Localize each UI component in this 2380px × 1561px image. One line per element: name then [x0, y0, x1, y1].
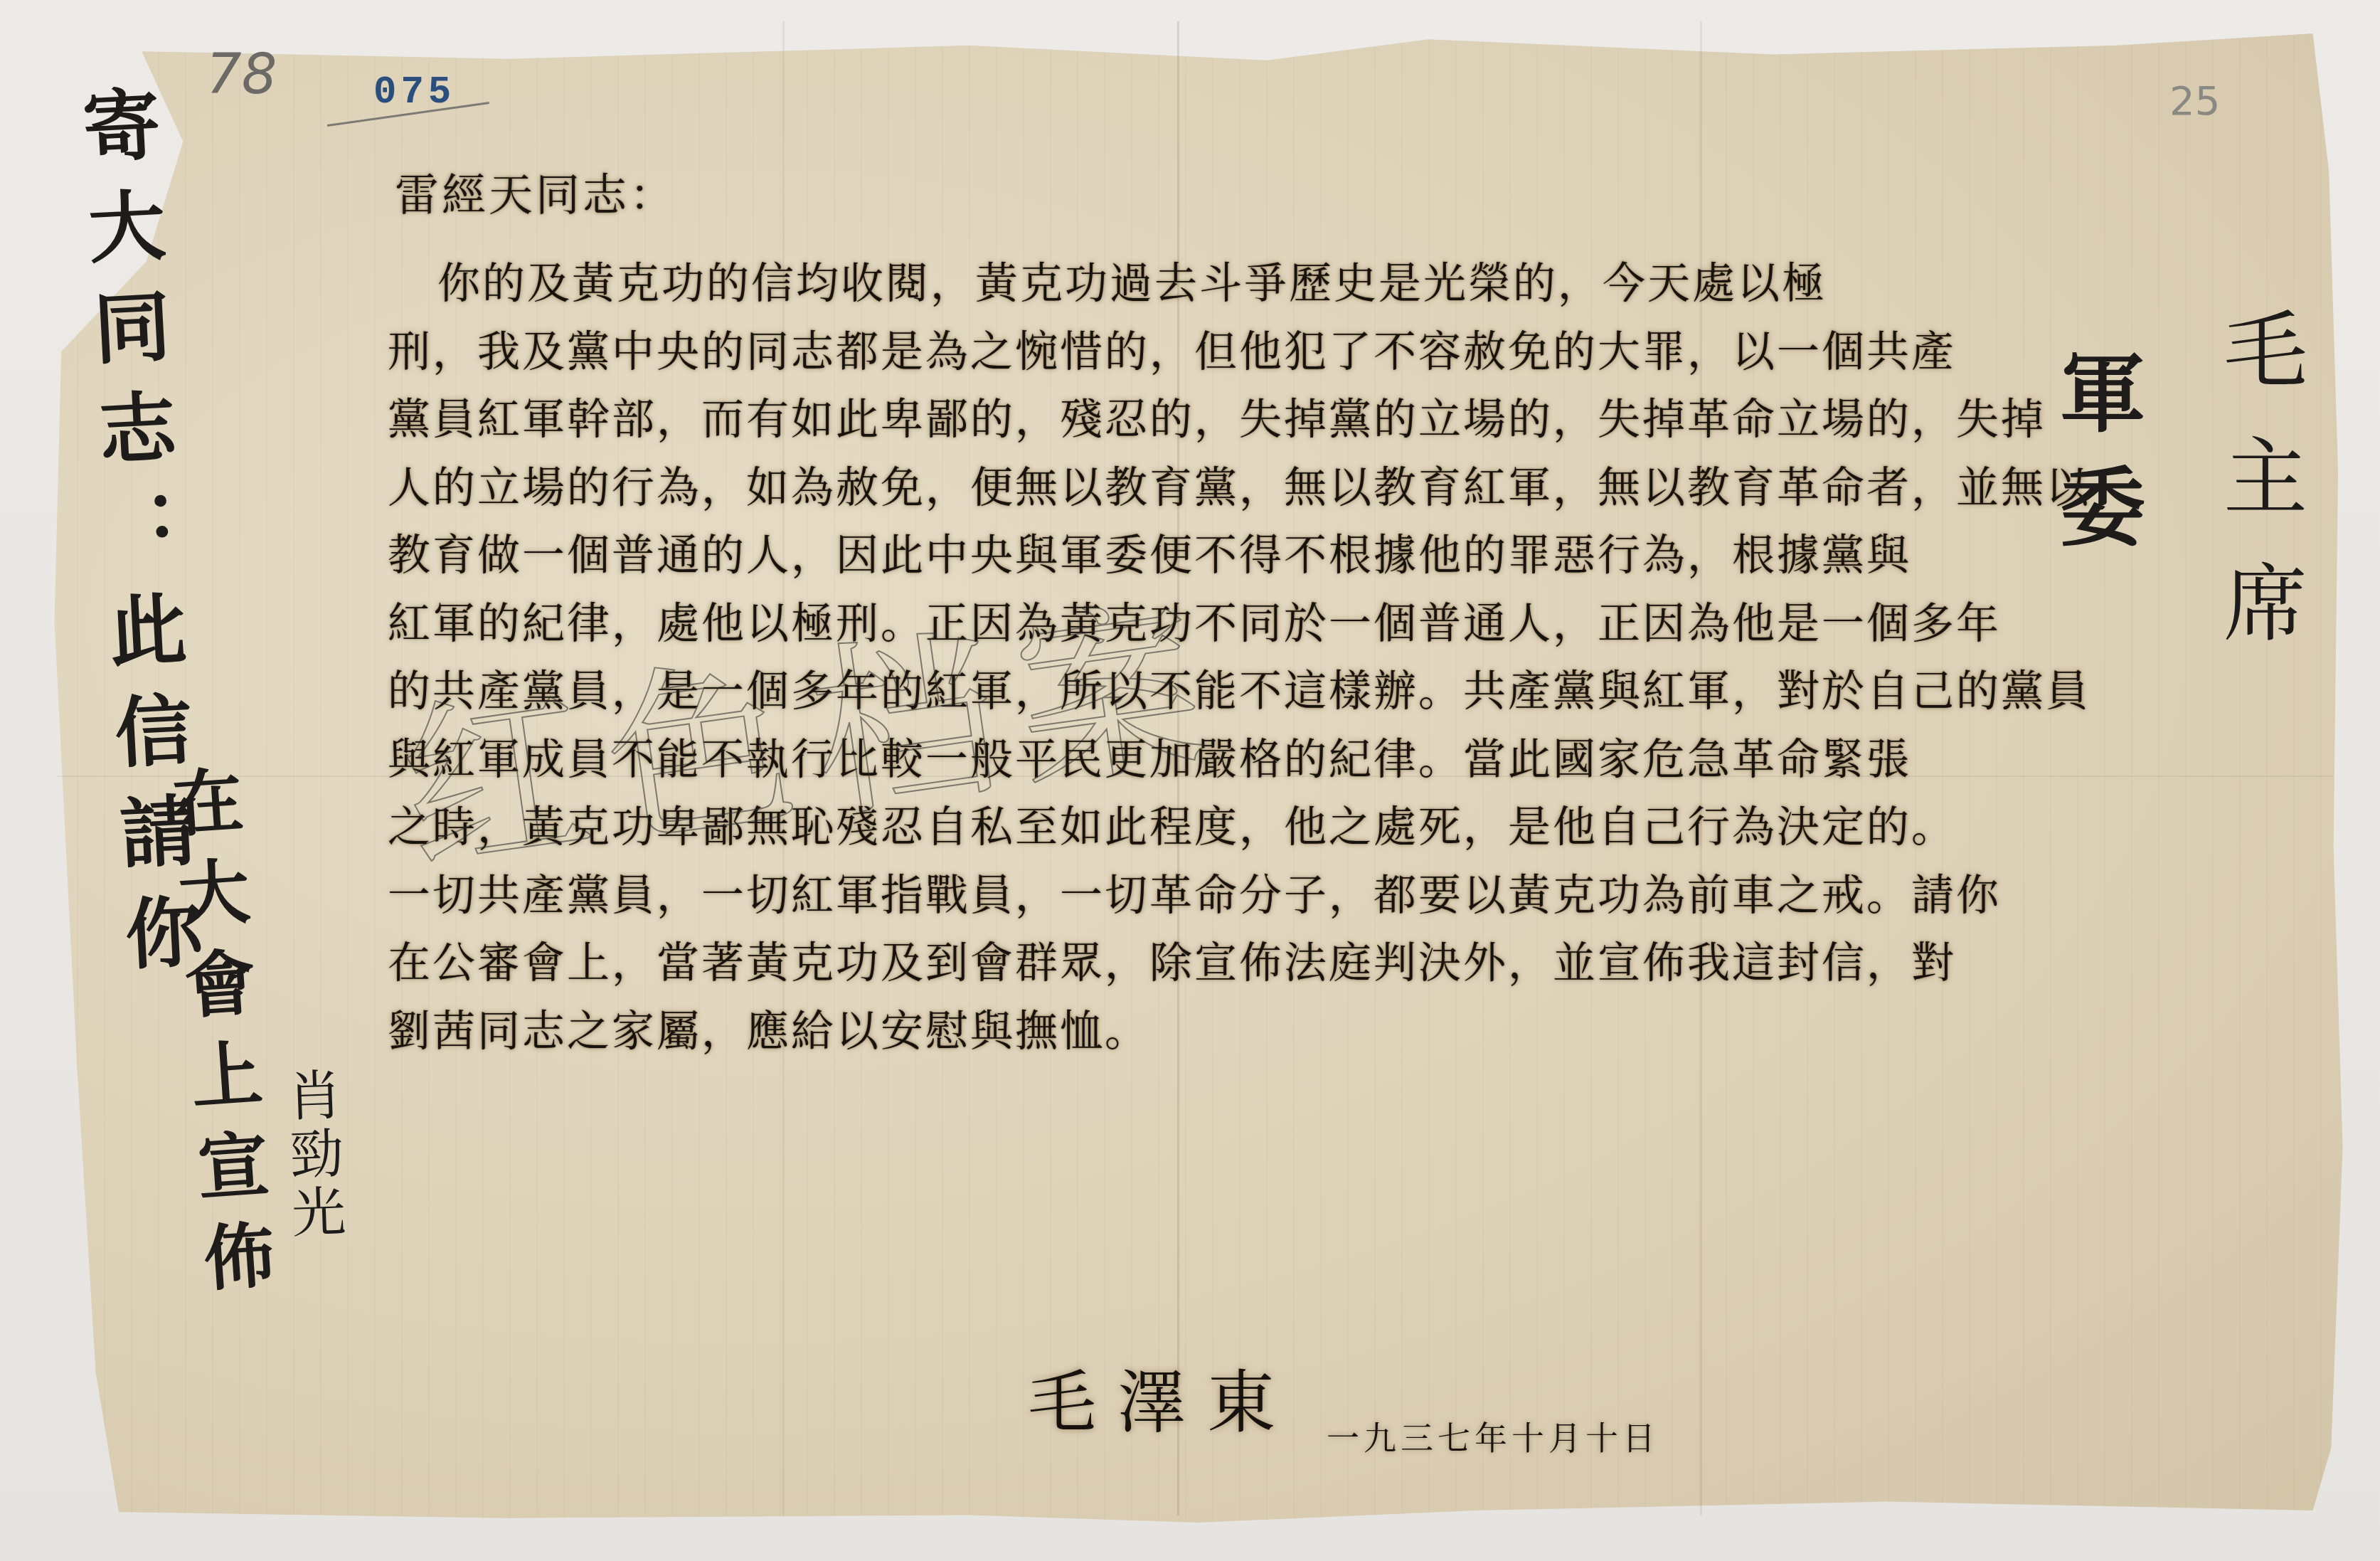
salutation: 雷經天同志：: [395, 160, 2024, 223]
letter-date: 一九三七年十月十日: [1327, 1412, 1659, 1459]
letter-line: 教育做一個普通的人，因此中央與軍委便不得不根據他的罪惡行為，根據黨與: [388, 522, 2024, 591]
signature: 毛澤東: [1028, 1348, 1297, 1446]
letter-line: 與紅軍成員不能不執行比較一般平民更加嚴格的紀律。當此國家危急革命緊張: [388, 726, 2024, 795]
archive-pencil-number-right: 25: [2169, 78, 2220, 125]
letter-line: 之時，黃克功卑鄙無恥殘忍自私至如此程度，他之處死，是他自己行為決定的。: [388, 794, 2024, 862]
letter-line: 在公審會上，當著黃克功及到會群眾，除宣佈法庭判決外，並宣佈我這封信，對: [388, 930, 2024, 998]
margin-note-right: 毛主席: [2198, 306, 2319, 686]
margin-note-right: 軍委: [2034, 349, 2157, 576]
letter-line: 刑，我及黨中央的同志都是為之惋惜的，但他犯了不容赦免的大罪，以一個共產: [388, 319, 2024, 387]
letter-line: 的共產黨員，是一個多年的紅軍，所以不能不這樣辦。共產黨與紅軍，對於自己的黨員: [388, 658, 2024, 726]
archive-pencil-number: 78: [206, 43, 277, 107]
letter-paragraph: 你的及黃克功的信均收閱，黃克功過去斗爭歷史是光榮的，今天處以極 刑，我及黨中央的…: [388, 250, 2024, 1066]
letter-line: 黨員紅軍幹部，而有如此卑鄙的，殘忍的，失掉黨的立場的，失掉革命立場的，失掉: [388, 386, 2024, 455]
letter-line: 你的及黃克功的信均收閱，黃克功過去斗爭歷史是光榮的，今天處以極: [388, 250, 2024, 319]
letter-line: 紅軍的紀律，處他以極刑。正因為黃克功不同於一個普通人，正因為他是一個多年: [388, 591, 2024, 659]
letter-line: 一切共產黨員，一切紅軍指戰員，一切革命分子，都要以黃克功為前車之戒。請你: [388, 862, 2024, 931]
letter-line: 人的立場的行為，如為赦免，便無以教育黨，無以教育紅軍，無以教育革命者，並無以: [388, 455, 2024, 523]
letter-line: 劉茜同志之家屬，應給以安慰與撫恤。: [388, 998, 2024, 1067]
letter-body: 雷經天同志： 你的及黃克功的信均收閱，黃克功過去斗爭歷史是光榮的，今天處以極 刑…: [388, 160, 2024, 1066]
margin-note-signature: 肖勁光: [271, 1066, 355, 1244]
